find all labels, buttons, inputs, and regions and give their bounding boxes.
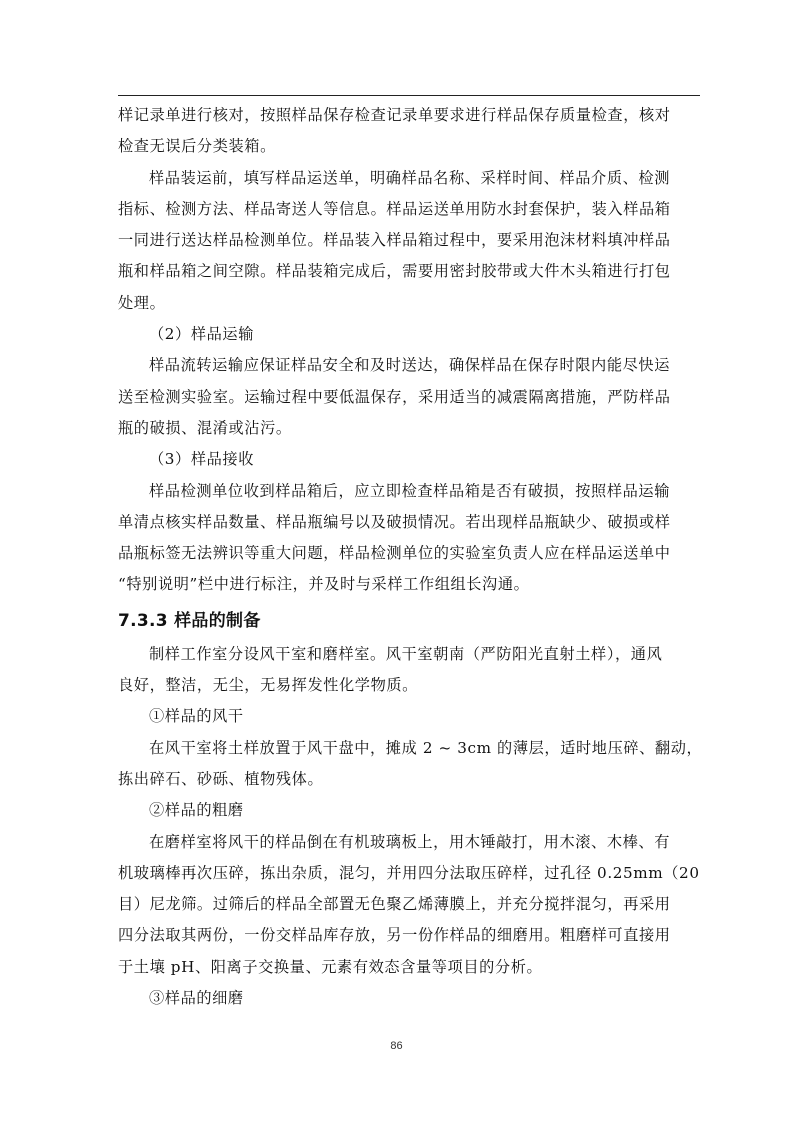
text-line: 单清点核实样品数量、样品瓶编号以及破损情况。若出现样品瓶缺少、破损或样: [118, 507, 700, 538]
text-line: 机玻璃棒再次压碎，拣出杂质，混匀，并用四分法取压碎样，过孔径 0.25mm（20: [118, 858, 700, 889]
page-number: 86: [0, 1040, 793, 1052]
text-line: ①样品的风干: [118, 701, 700, 732]
text-line: 良好，整洁，无尘，无易挥发性化学物质。: [118, 670, 700, 701]
text-line: ②样品的粗磨: [118, 795, 700, 826]
text-line: 四分法取其两份，一份交样品库存放，另一份作样品的细磨用。粗磨样可直接用: [118, 920, 700, 951]
text-line: 检查无误后分类装箱。: [118, 131, 700, 162]
text-line: 样品流转运输应保证样品安全和及时送达，确保样品在保存时限内能尽快运: [118, 350, 700, 381]
text-line: 送至检测实验室。运输过程中要低温保存，采用适当的减震隔离措施，严防样品: [118, 382, 700, 413]
text-line: 瓶和样品箱之间空隙。样品装箱完成后，需要用密封胶带或大件木头箱进行打包: [118, 256, 700, 287]
text-line: ③样品的细磨: [118, 983, 700, 1014]
text-line: 于土壤 pH、阳离子交换量、元素有效态含量等项目的分析。: [118, 952, 700, 983]
text-line: 目）尼龙筛。过筛后的样品全部置无色聚乙烯薄膜上，并充分搅拌混匀，再采用: [118, 889, 700, 920]
text-line: 在磨样室将风干的样品倒在有机玻璃板上，用木锤敲打，用木滚、木棒、有: [118, 827, 700, 858]
text-line: 品瓶标签无法辨识等重大问题，样品检测单位的实验室负责人应在样品运送单中: [118, 538, 700, 569]
text-line: 处理。: [118, 288, 700, 319]
text-line: 样品检测单位收到样品箱后，应立即检查样品箱是否有破损，按照样品运输: [118, 476, 700, 507]
text-line: 样品装运前，填写样品运送单，明确样品名称、采样时间、样品介质、检测: [118, 163, 700, 194]
text-line: 指标、检测方法、样品寄送人等信息。样品运送单用防水封套保护，装入样品箱: [118, 194, 700, 225]
text-line: 制样工作室分设风干室和磨样室。风干室朝南（严防阳光直射土样），通风: [118, 639, 700, 670]
text-line: 一同进行送达样品检测单位。样品装入样品箱过程中，要采用泡沫材料填冲样品: [118, 225, 700, 256]
text-line: （2）样品运输: [118, 319, 700, 350]
text-line: 样记录单进行核对，按照样品保存检查记录单要求进行样品保存质量检查，核对: [118, 100, 700, 131]
section-heading: 7.3.3 样品的制备: [118, 603, 700, 639]
text-line: 在风干室将土样放置于风干盘中，摊成 2 ~ 3cm 的薄层，适时地压碎、翻动，: [118, 733, 700, 764]
text-line: 瓶的破损、混淆或沾污。: [118, 413, 700, 444]
text-line: （3）样品接收: [118, 444, 700, 475]
document-body: 样记录单进行核对，按照样品保存检查记录单要求进行样品保存质量检查，核对检查无误后…: [118, 100, 700, 1014]
text-line: “特别说明”栏中进行标注，并及时与采样工作组组长沟通。: [118, 569, 700, 600]
text-line: 拣出碎石、砂砾、植物残体。: [118, 764, 700, 795]
header-rule: [118, 95, 700, 96]
